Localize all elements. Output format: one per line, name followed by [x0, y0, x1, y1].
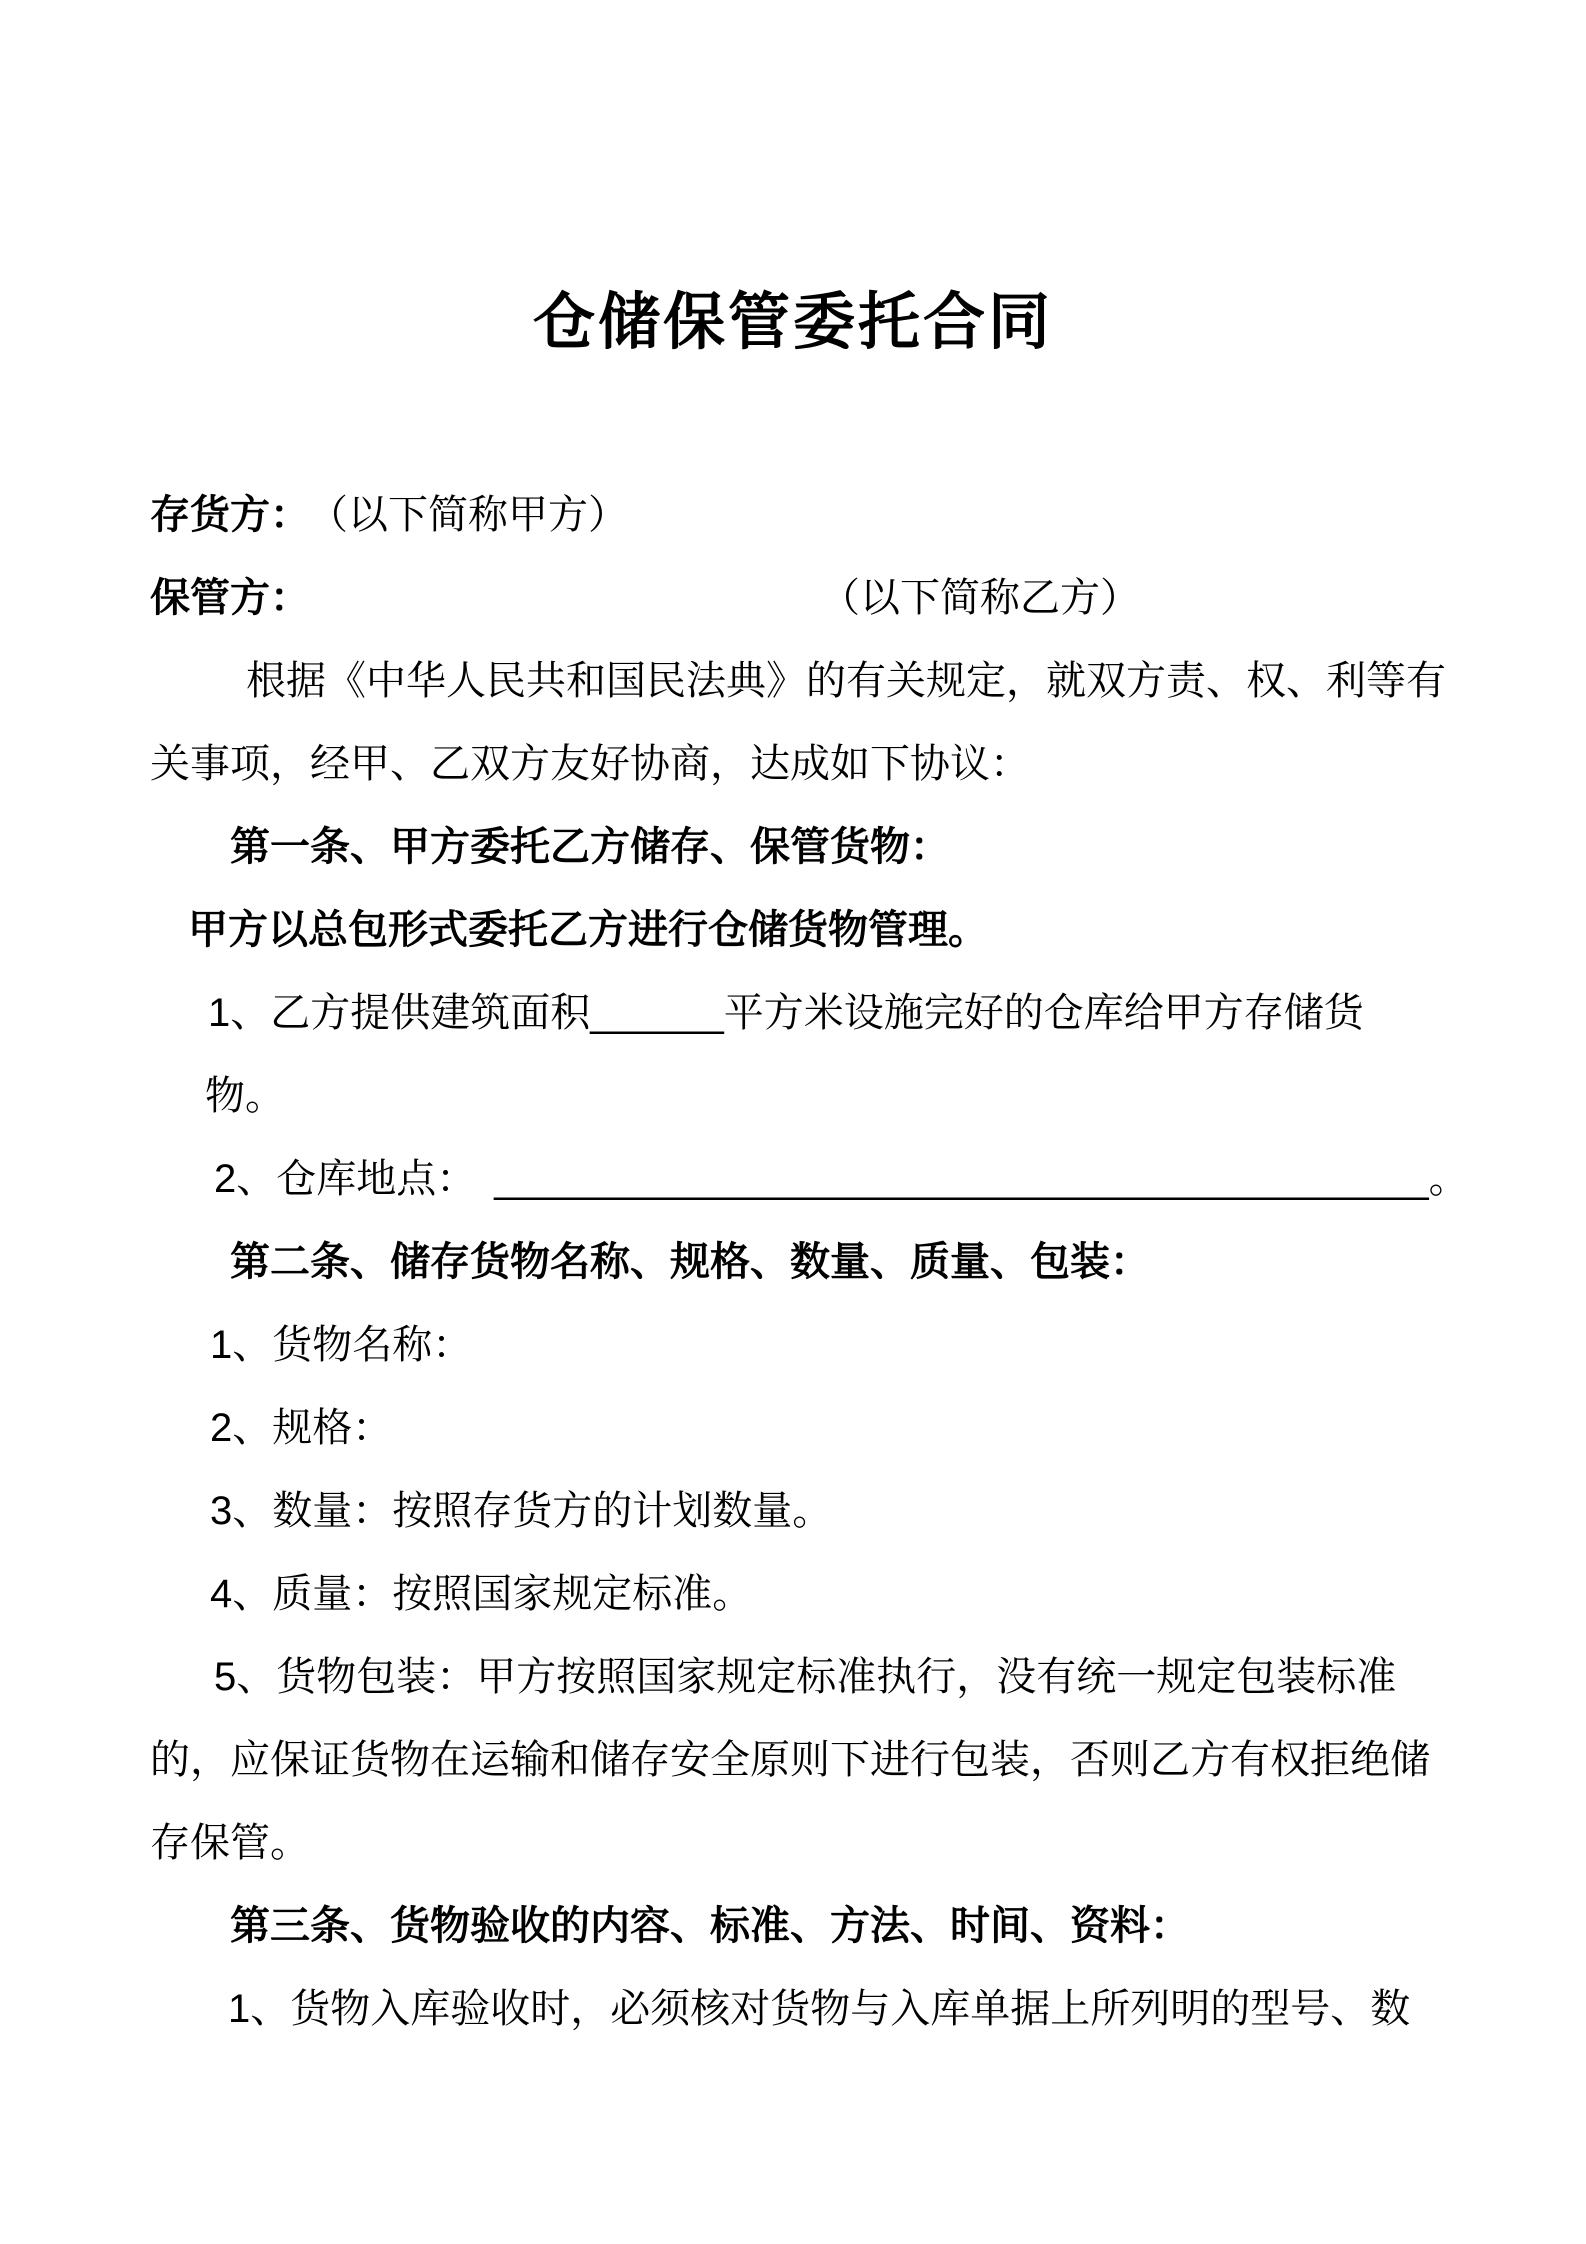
clause-1-intro: 甲方以总包形式委托乙方进行仓储货物管理。 — [150, 889, 1546, 972]
clause-1-item-1-line-2: 物。 — [150, 1055, 1546, 1138]
item-text: 1、货物名称： — [210, 1323, 472, 1367]
item-label: 2、仓库地点： — [214, 1157, 476, 1201]
clause-1-heading: 第一条、甲方委托乙方储存、保管货物： — [150, 806, 1546, 889]
item-text: 存保管。 — [150, 1821, 310, 1865]
preamble-text: 关事项，经甲、乙双方友好协商，达成如下协议： — [150, 742, 1030, 786]
clause-2-item-4: 4、质量：按照国家规定标准。 — [150, 1553, 1546, 1636]
item-text: 物。 — [205, 1074, 285, 1118]
clause-2-item-5-line-2: 的，应保证货物在运输和储存安全原则下进行包装，否则乙方有权拒绝储 — [150, 1719, 1546, 1802]
clause-heading-text: 第三条、货物验收的内容、标准、方法、时间、资料： — [230, 1904, 1190, 1948]
party-depositor-line: 存货方：（以下简称甲方） — [150, 474, 1546, 557]
blank-fill-line: ________________________________________… — [494, 1157, 1428, 1201]
clause-heading-text: 第二条、储存货物名称、规格、数量、质量、包装： — [230, 1240, 1150, 1284]
item-text-with-blank: 1、乙方提供建筑面积______平方米设施完好的仓库给甲方存储货 — [208, 991, 1364, 1035]
preamble-text: 根据《中华人民共和国民法典》的有关规定，就双方责、权、利等有 — [246, 659, 1446, 703]
document-body: 存货方：（以下简称甲方）保管方：（以下简称乙方）根据《中华人民共和国民法典》的有… — [150, 474, 1546, 2051]
depositor-label: 存货方： — [150, 493, 310, 537]
preamble-line-2: 关事项，经甲、乙双方友好协商，达成如下协议： — [150, 723, 1546, 806]
clause-1-item-1-line-1: 1、乙方提供建筑面积______平方米设施完好的仓库给甲方存储货 — [150, 972, 1546, 1055]
clause-intro-text: 甲方以总包形式委托乙方进行仓储货物管理。 — [188, 908, 988, 952]
clause-2-item-3: 3、数量：按照存货方的计划数量。 — [150, 1470, 1546, 1553]
custodian-label: 保管方： — [150, 576, 310, 620]
item-text: 4、质量：按照国家规定标准。 — [210, 1572, 752, 1616]
party-custodian-line: 保管方：（以下简称乙方） — [150, 557, 1546, 640]
clause-1-item-2: 2、仓库地点：_________________________________… — [150, 1138, 1546, 1221]
item-text: 5、货物包装：甲方按照国家规定标准执行，没有统一规定包装标准 — [214, 1655, 1396, 1699]
clause-2-heading: 第二条、储存货物名称、规格、数量、质量、包装： — [150, 1221, 1546, 1304]
custodian-alias: （以下简称乙方） — [840, 576, 1140, 620]
item-text: 3、数量：按照存货方的计划数量。 — [210, 1489, 832, 1533]
clause-3-heading: 第三条、货物验收的内容、标准、方法、时间、资料： — [150, 1885, 1546, 1968]
clause-heading-text: 第一条、甲方委托乙方储存、保管货物： — [230, 825, 950, 869]
clause-2-item-1: 1、货物名称： — [150, 1304, 1546, 1387]
document-title: 仓储保管委托合同 — [0, 272, 1586, 361]
clause-2-item-5-line-1: 5、货物包装：甲方按照国家规定标准执行，没有统一规定包装标准 — [150, 1636, 1546, 1719]
period: 。 — [1429, 1157, 1469, 1201]
item-text: 1、货物入库验收时，必须核对货物与入库单据上所列明的型号、数 — [228, 1987, 1410, 2031]
contract-page: 仓储保管委托合同 存货方：（以下简称甲方）保管方：（以下简称乙方）根据《中华人民… — [0, 0, 1586, 2244]
clause-2-item-5-line-3: 存保管。 — [150, 1802, 1546, 1885]
preamble-line-1: 根据《中华人民共和国民法典》的有关规定，就双方责、权、利等有 — [150, 640, 1546, 723]
clause-3-item-1-line-1: 1、货物入库验收时，必须核对货物与入库单据上所列明的型号、数 — [150, 1968, 1546, 2051]
item-text: 2、规格： — [210, 1406, 392, 1450]
item-text: 的，应保证货物在运输和储存安全原则下进行包装，否则乙方有权拒绝储 — [150, 1738, 1430, 1782]
depositor-alias: （以下简称甲方） — [328, 493, 628, 537]
clause-2-item-2: 2、规格： — [150, 1387, 1546, 1470]
